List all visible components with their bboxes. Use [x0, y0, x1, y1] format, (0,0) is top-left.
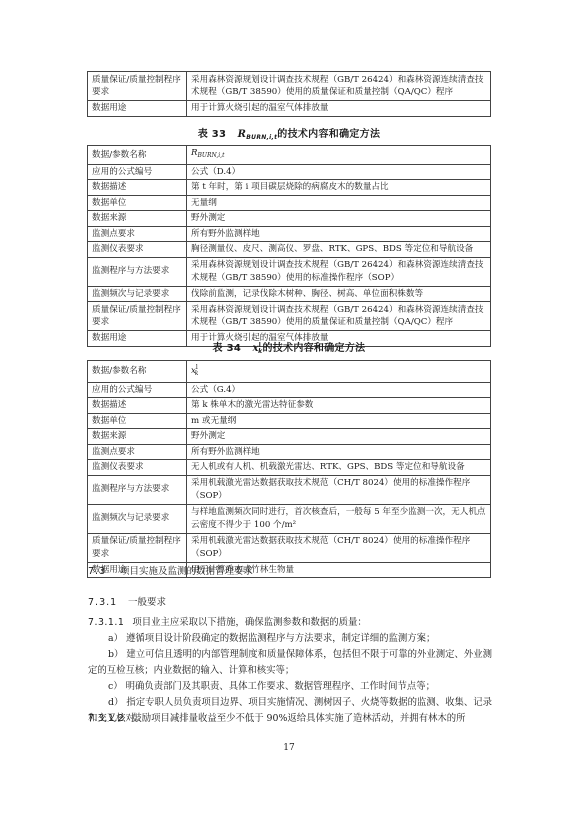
row-value: 所有野外监测样地: [187, 226, 491, 242]
table-33: 数据/参数名称 RBURN,i,t 应用的公式编号 公式（D.4） 数据描述 第…: [87, 145, 491, 347]
table-row: 数据描述 第 t 年时，第 i 项目碳层烧除的病腐皮木的数量占比: [88, 180, 491, 196]
section-title: 一般要求: [128, 597, 166, 608]
row-key: 数据/参数名称: [88, 361, 187, 383]
table-prev-continued: 质量保证/质量控制程序要求 采用森林资源规划设计调查技术规程（GB/T 2642…: [87, 71, 491, 117]
row-key: 质量保证/质量控制程序要求: [88, 302, 187, 331]
row-key: 监测点要求: [88, 226, 187, 242]
row-value: 采用机载激光雷达数据获取技术规范（CH/T 8024）使用的标准操作程序（SOP…: [187, 475, 491, 504]
row-value: 第 t 年时，第 i 项目碳层烧除的病腐皮木的数量占比: [187, 180, 491, 196]
clause-text: 鼓励项目减排量收益至少不低于 90%返给具体实施了造林活动，并拥有林木的所: [132, 713, 465, 724]
table-33-caption: 表 33 RBURN,i,t的技术内容和确定方法: [0, 125, 578, 141]
table-row: 监测频次与记录要求 伐除前监测，记录伐除木树种、胸径、树高、单位面积株数等: [88, 286, 491, 302]
clause-text: 项目业主应采取以下措施，确保监测参数和数据的质量：: [132, 617, 366, 628]
row-key: 质量保证/质量控制程序要求: [88, 72, 187, 101]
table-row: 监测点要求 所有野外监测样地: [88, 444, 491, 460]
section-number: 7.3.1: [88, 597, 128, 608]
table-row: 数据用途 用于计算火烧引起的温室气体排放量: [88, 101, 491, 117]
row-key: 监测程序与方法要求: [88, 257, 187, 286]
caption-text: 的技术内容和确定方法: [262, 343, 365, 354]
row-key: 监测程序与方法要求: [88, 475, 187, 504]
table-row: 监测仪表要求 胸径测量仪、皮尺、测高仪、罗盘、RTK、GPS、BDS 等定位和导…: [88, 242, 491, 258]
row-value: RBURN,i,t: [187, 146, 491, 165]
row-key: 质量保证/质量控制程序要求: [88, 533, 187, 562]
clause-number: 7.3.1.1: [88, 617, 124, 628]
row-value: 胸径测量仪、皮尺、测高仪、罗盘、RTK、GPS、BDS 等定位和导航设备: [187, 242, 491, 258]
row-value: 采用机载激光雷达数据获取技术规范（CH/T 8024）使用的标准操作程序（SOP…: [187, 533, 491, 562]
list-label: b）: [108, 649, 123, 660]
section-title: 项目实施及监测的数据管理要求: [120, 566, 253, 577]
row-value: 公式（D.4）: [187, 164, 491, 180]
row-key: 数据描述: [88, 398, 187, 414]
row-key: 应用的公式编号: [88, 164, 187, 180]
row-value: 采用森林资源规划设计调查技术规程（GB/T 26424）和森林资源连续清查技术规…: [187, 257, 491, 286]
table-row: 监测仪表要求 无人机或有人机、机载激光雷达、RTK、GPS、BDS 等定位和导航…: [88, 460, 491, 476]
page-number: 17: [0, 743, 578, 753]
row-value: xlk: [187, 361, 491, 383]
table-row: 监测程序与方法要求 采用森林资源规划设计调查技术规程（GB/T 26424）和森…: [88, 257, 491, 286]
row-value: 野外测定: [187, 429, 491, 445]
row-key: 数据单位: [88, 195, 187, 211]
section-heading-7-3: 7.3项目实施及监测的数据管理要求: [88, 563, 253, 577]
caption-symbol: R: [238, 129, 247, 140]
row-key: 监测仪表要求: [88, 242, 187, 258]
table-row: 数据来源 野外测定: [88, 429, 491, 445]
row-value: 野外测定: [187, 211, 491, 227]
row-value: 用于计算火烧引起的温室气体排放量: [187, 101, 491, 117]
section-heading-7-3-1: 7.3.1一般要求: [88, 594, 166, 608]
row-key: 监测仪表要求: [88, 460, 187, 476]
param-subscript: k: [195, 370, 199, 377]
table-row: 监测点要求 所有野外监测样地: [88, 226, 491, 242]
table-row: 数据/参数名称 RBURN,i,t: [88, 146, 491, 165]
table-row: 质量保证/质量控制程序要求 采用森林资源规划设计调查技术规程（GB/T 2642…: [88, 302, 491, 331]
row-key: 数据描述: [88, 180, 187, 196]
clause-7-3-1-1: 7.3.1.1项目业主应采取以下措施，确保监测参数和数据的质量：: [88, 615, 492, 631]
table-row: 数据单位 无量纲: [88, 195, 491, 211]
row-key: 数据单位: [88, 413, 187, 429]
table-row: 数据单位 m 或无量纲: [88, 413, 491, 429]
row-key: 监测频次与记录要求: [88, 504, 187, 533]
list-label: c）: [108, 681, 123, 692]
row-key: 数据来源: [88, 429, 187, 445]
list-text: 建立可信且透明的内部管理制度和质量保障体系，包括但不限于可靠的外业测定、外业测定…: [88, 649, 492, 676]
row-value: 所有野外监测样地: [187, 444, 491, 460]
row-value: 伐除前监测，记录伐除木树种、胸径、树高、单位面积株数等: [187, 286, 491, 302]
caption-number: 表 34: [213, 343, 242, 354]
list-label: d）: [108, 697, 123, 708]
list-label: a）: [108, 633, 123, 644]
table-row: 应用的公式编号 公式（D.4）: [88, 164, 491, 180]
row-value: 无人机或有人机、机载激光雷达、RTK、GPS、BDS 等定位和导航设备: [187, 460, 491, 476]
clause-number: 7.3.1.2: [88, 713, 124, 724]
row-value: 采用森林资源规划设计调查技术规程（GB/T 26424）和森林资源连续清查技术规…: [187, 72, 491, 101]
row-value: 与样地监测频次同时进行，首次核查后，一般每 5 年至少监测一次，无人机点云密度不…: [187, 504, 491, 533]
document-page: 质量保证/质量控制程序要求 采用森林资源规划设计调查技术规程（GB/T 2642…: [0, 0, 578, 818]
caption-number: 表 33: [198, 129, 227, 140]
list-text: 明确负责部门及其职责、具体工作要求、数据管理程序、工作时间节点等；: [126, 681, 435, 692]
clause-7-3-1-2: 7.3.1.2鼓励项目减排量收益至少不低于 90%返给具体实施了造林活动，并拥有…: [88, 711, 492, 727]
row-value: 第 k 株单木的激光雷达特征参数: [187, 398, 491, 414]
row-value: m 或无量纲: [187, 413, 491, 429]
list-item-c: c） 明确负责部门及其职责、具体工作要求、数据管理程序、工作时间节点等；: [88, 679, 492, 695]
table-34: 数据/参数名称 xlk 应用的公式编号 公式（G.4） 数据描述 第 k 株单木…: [87, 360, 491, 578]
caption-text: 的技术内容和确定方法: [277, 129, 380, 140]
table-row: 监测程序与方法要求 采用机载激光雷达数据获取技术规范（CH/T 8024）使用的…: [88, 475, 491, 504]
row-key: 数据用途: [88, 101, 187, 117]
section-number: 7.3: [88, 566, 120, 577]
row-value: 采用森林资源规划设计调查技术规程（GB/T 26424）和森林资源连续清查技术规…: [187, 302, 491, 331]
row-key: 应用的公式编号: [88, 382, 187, 398]
table-row: 数据来源 野外测定: [88, 211, 491, 227]
table-row: 数据描述 第 k 株单木的激光雷达特征参数: [88, 398, 491, 414]
table-row: 监测频次与记录要求 与样地监测频次同时进行，首次核查后，一般每 5 年至少监测一…: [88, 504, 491, 533]
list-item-b: b） 建立可信且透明的内部管理制度和质量保障体系，包括但不限于可靠的外业测定、外…: [88, 647, 492, 679]
table-row: 质量保证/质量控制程序要求 采用机载激光雷达数据获取技术规范（CH/T 8024…: [88, 533, 491, 562]
row-key: 数据来源: [88, 211, 187, 227]
table-row: 数据/参数名称 xlk: [88, 361, 491, 383]
row-value: 公式（G.4）: [187, 382, 491, 398]
row-key: 监测点要求: [88, 444, 187, 460]
table-row: 应用的公式编号 公式（G.4）: [88, 382, 491, 398]
caption-subscript: BURN,i,t: [246, 134, 277, 141]
param-subscript: BURN,i,t: [197, 152, 224, 159]
list-item-a: a） 遵循项目设计阶段确定的数据监测程序与方法要求，制定详细的监测方案；: [88, 631, 492, 647]
list-text: 遵循项目设计阶段确定的数据监测程序与方法要求，制定详细的监测方案；: [126, 633, 435, 644]
row-key: 监测频次与记录要求: [88, 286, 187, 302]
row-value: 无量纲: [187, 195, 491, 211]
row-key: 数据/参数名称: [88, 146, 187, 165]
table-34-caption: 表 34 xlk的技术内容和确定方法: [0, 339, 578, 355]
table-row: 质量保证/质量控制程序要求 采用森林资源规划设计调查技术规程（GB/T 2642…: [88, 72, 491, 101]
